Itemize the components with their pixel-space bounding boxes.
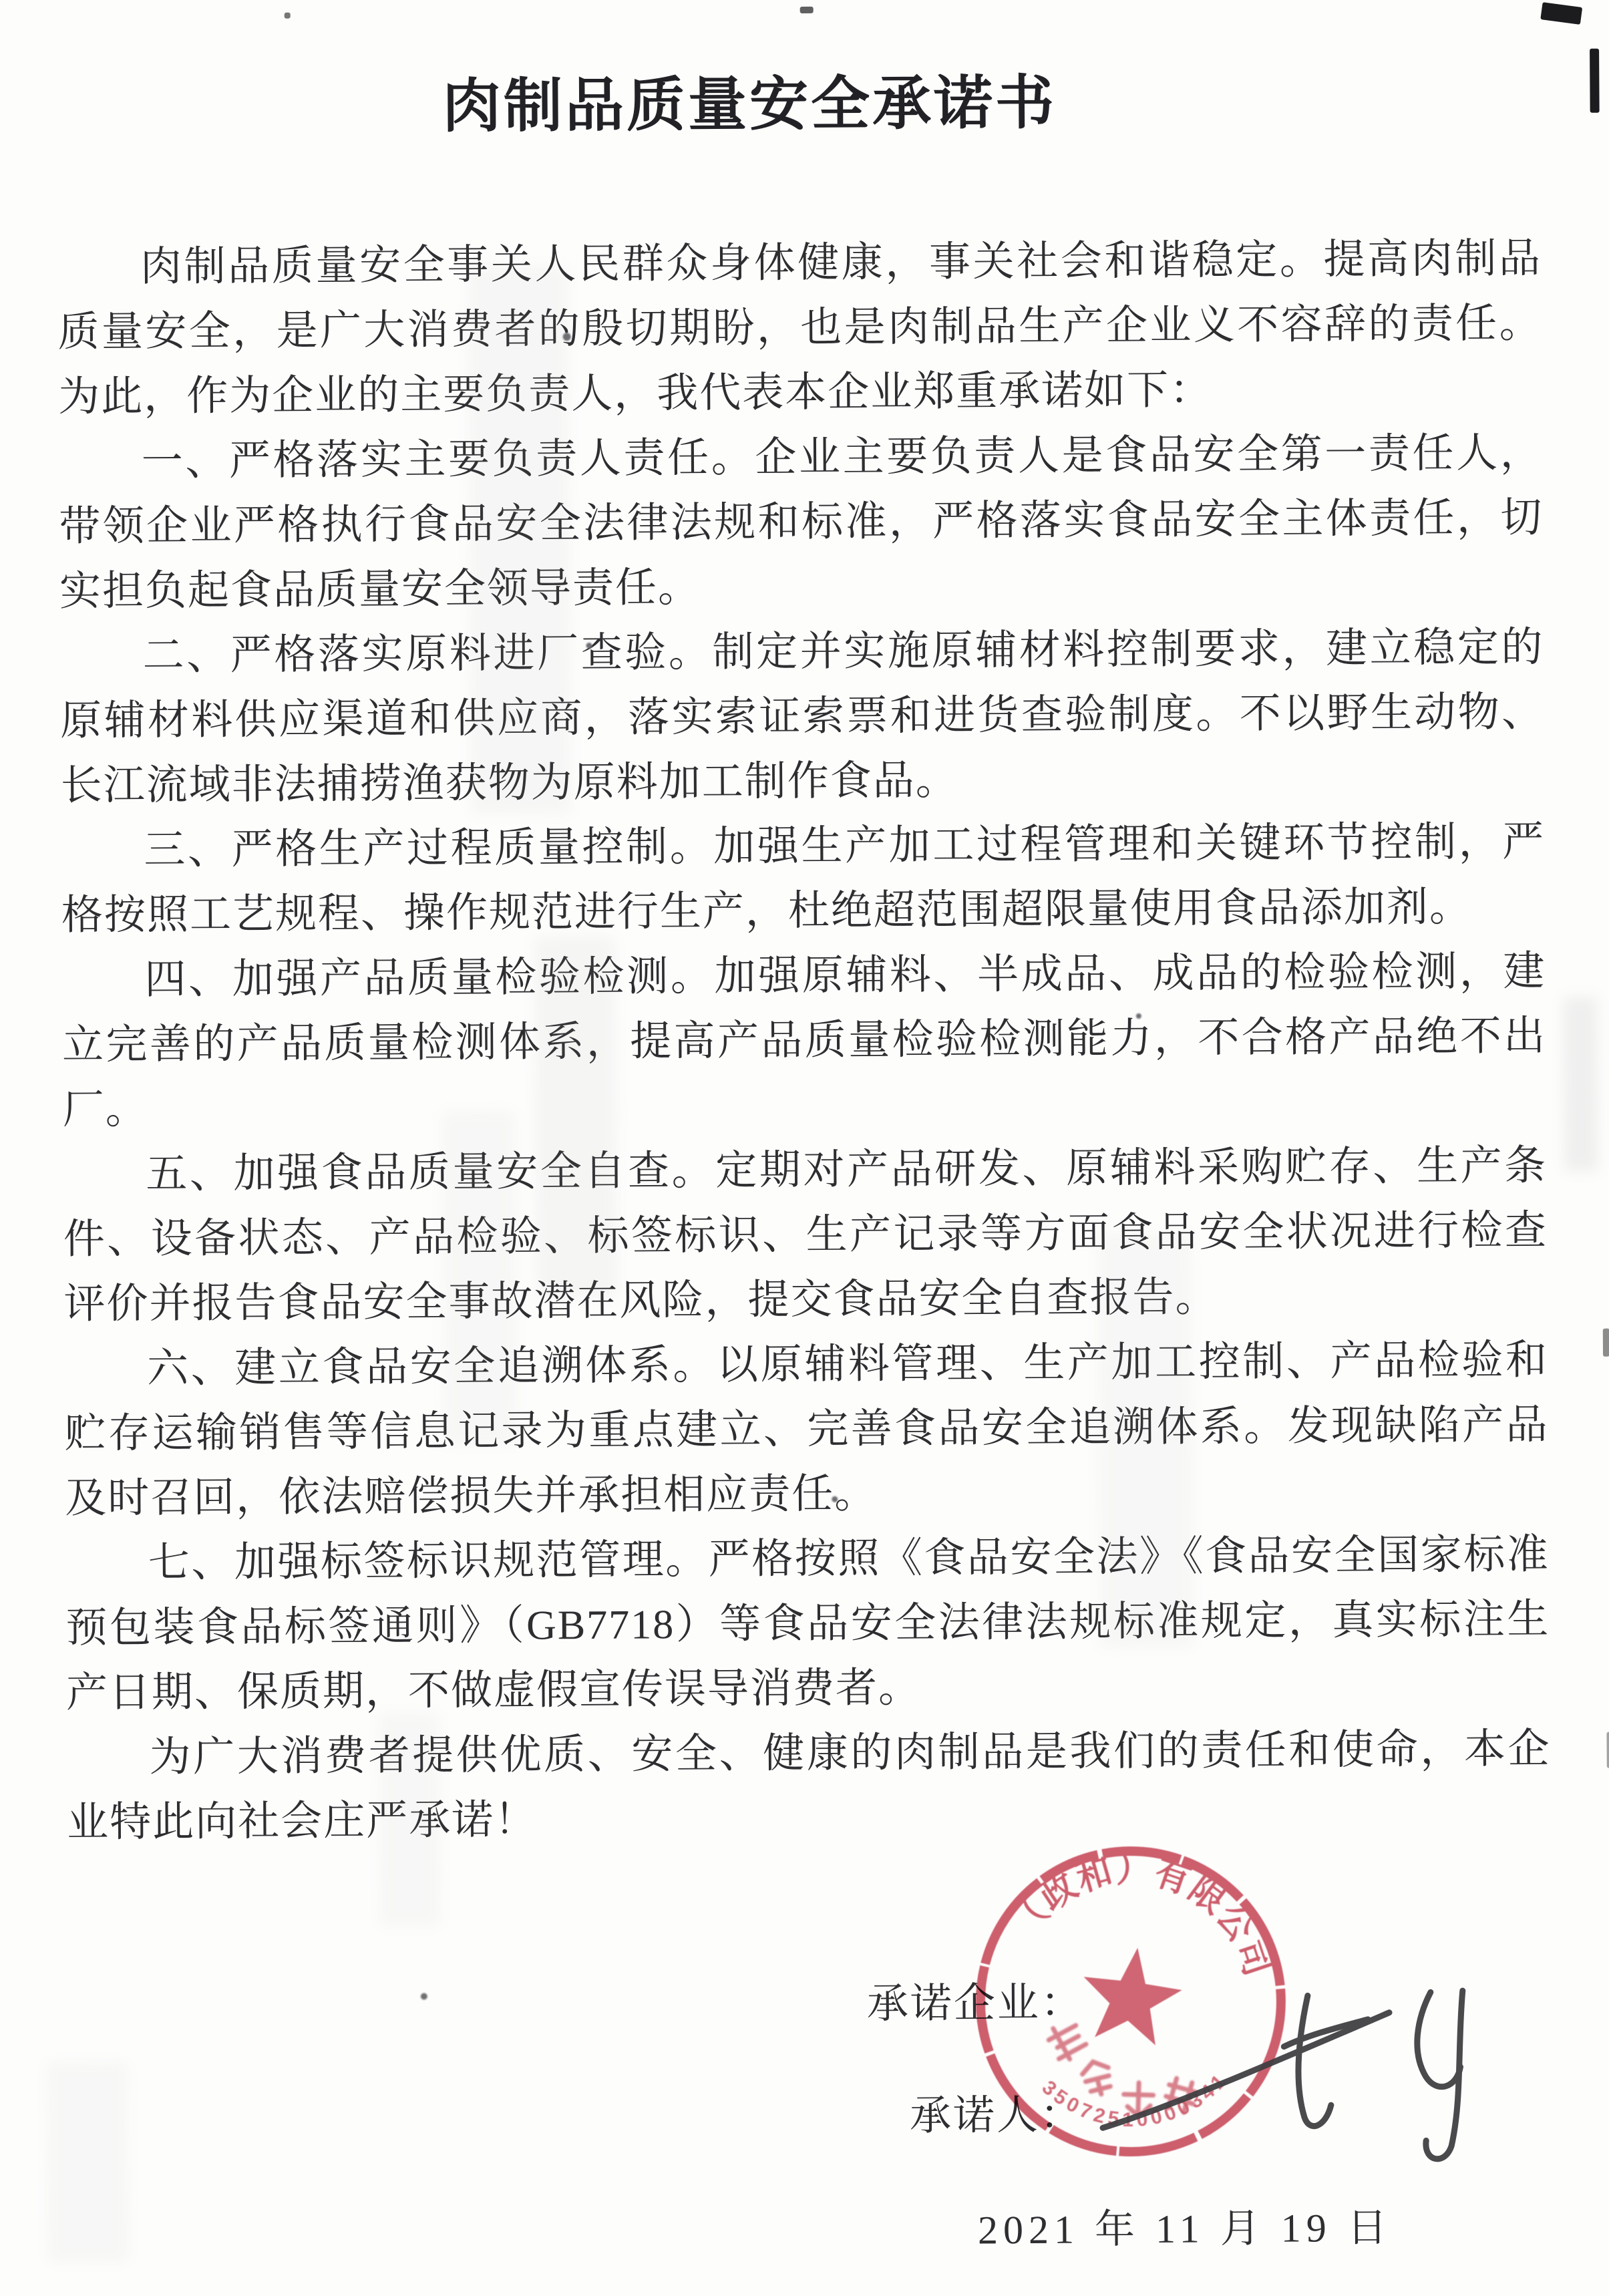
scan-noise (800, 7, 814, 13)
scan-noise (1564, 997, 1598, 1171)
scan-noise (421, 1993, 427, 1999)
promise-date: 2021 年 11 月 19 日 (978, 2196, 1393, 2256)
paragraph-item-2: 二、严格落实原料进厂查验。制定并实施原辅材料控制要求，建立稳定的原辅材料供应渠道… (59, 615, 1545, 819)
paragraph-item-1: 一、严格落实主要负责人责任。企业主要负责人是食品安全第一责任人，带领企业严格执行… (59, 421, 1544, 625)
signature-stroke (1102, 2013, 1390, 2128)
paragraph-item-7: 七、加强标签标识规范管理。严格按照《食品安全法》《食品安全国家标准 预包装食品标… (65, 1522, 1551, 1726)
paragraph-item-5: 五、加强食品质量安全自查。定期对产品研发、原辅料采购贮存、生产条件、设备状态、产… (63, 1134, 1548, 1337)
document-content: 肉制品质量安全承诺书 肉制品质量安全事关人民群众身体健康，事关社会和谐稳定。提高… (0, 0, 1609, 2296)
signature-stroke (1425, 1991, 1463, 2159)
scan-noise (1606, 1732, 1609, 1768)
paragraph-item-4: 四、加强产品质量检验检测。加强原辅料、半成品、成品的检验检测，建立完善的产品质量… (61, 939, 1547, 1143)
scan-noise (1603, 1329, 1609, 1357)
scanned-document-page: 肉制品质量安全承诺书 肉制品质量安全事关人民群众身体健康，事关社会和谐稳定。提高… (0, 0, 1609, 2296)
scan-noise (1540, 2, 1582, 25)
handwritten-signature (995, 1953, 1517, 2184)
paragraph-intro: 肉制品质量安全事关人民群众身体健康，事关社会和谐稳定。提高肉制品质量安全，是广大… (57, 226, 1543, 430)
signature-stroke (1298, 1995, 1331, 2126)
signature-stroke (1417, 1992, 1460, 2087)
document-title: 肉制品质量安全承诺书 (0, 53, 1554, 147)
paragraph-closing: 为广大消费者提供优质、安全、健康的肉制品是我们的责任和使命，本企业特此向社会庄严… (66, 1717, 1551, 1856)
document-body: 肉制品质量安全事关人民群众身体健康，事关社会和谐稳定。提高肉制品质量安全，是广大… (57, 226, 1552, 1856)
paragraph-item-3: 三、严格生产过程质量控制。加强生产加工过程管理和关键环节控制，严格按照工艺规程、… (61, 810, 1546, 949)
paragraph-item-6: 六、建立食品安全追溯体系。以原辅料管理、生产加工控制、产品检验和贮存运输销售等信… (64, 1328, 1550, 1532)
scan-noise (1590, 49, 1600, 113)
scan-noise (47, 2062, 128, 2263)
scan-noise (285, 13, 291, 19)
